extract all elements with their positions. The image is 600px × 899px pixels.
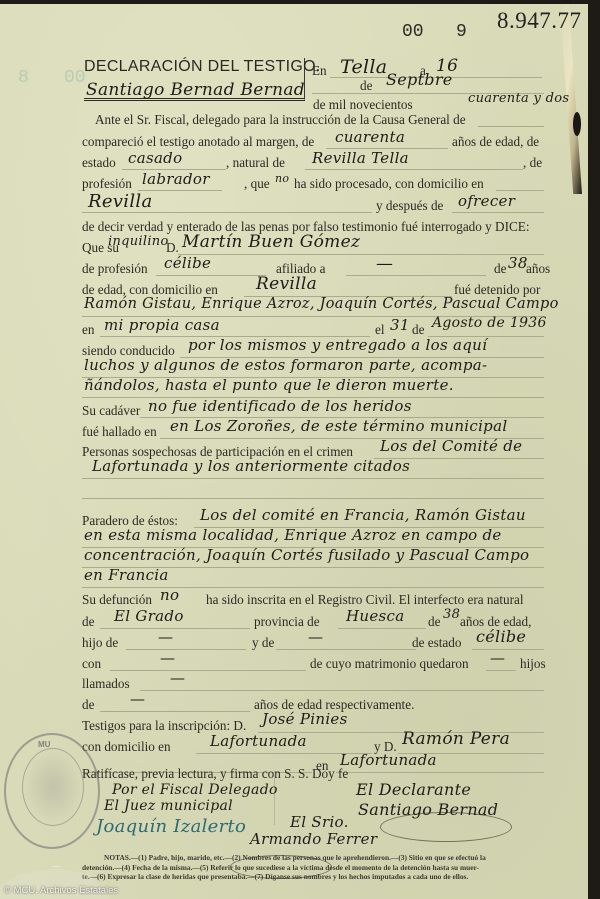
con-value: — xyxy=(160,649,175,667)
en-label: en xyxy=(82,322,94,338)
ghost-number-left: 8 xyxy=(18,68,29,88)
que-value: no xyxy=(275,172,289,185)
testigo-1: José Pinies xyxy=(262,710,348,728)
ratificacion-text: Ratifícase, previa lectura, y firma con … xyxy=(82,766,348,782)
victim-profesion-label: de profesión xyxy=(82,261,148,277)
provincia-value: Huesca xyxy=(346,607,404,625)
despues-value: ofrecer xyxy=(458,192,515,210)
witness-age: cuarenta xyxy=(335,128,405,146)
testigo-domicilio-1: Lafortunada xyxy=(210,732,307,750)
paradero-value-3: concentración, Joaquín Cortés fusilado y… xyxy=(84,546,529,564)
natural-value: Revilla Tella xyxy=(312,149,409,167)
natural-post: , de xyxy=(523,155,542,171)
signature-juez-title: El Juez municipal xyxy=(104,798,233,814)
llamados-value: — xyxy=(170,669,185,687)
hijos-label: hijos xyxy=(520,656,546,672)
profesion-value: labrador xyxy=(142,170,210,188)
signature-flourish xyxy=(380,812,512,842)
archive-number: 8.947.77 xyxy=(497,8,582,34)
defuncion-label: Su defunción xyxy=(82,592,152,608)
serial-right: 9 xyxy=(456,22,467,42)
hallado-value: en Los Zoroñes, de este término municipa… xyxy=(170,417,507,435)
fecha-dia: 31 xyxy=(390,316,410,334)
paradero-value-1: Los del comité en Francia, Ramón Gistau xyxy=(200,506,526,524)
sospechosos-value-2: Lafortunada y los anteriormente citados xyxy=(92,457,410,475)
fecha-value: Agosto de 1936 xyxy=(432,315,547,331)
de-label: de xyxy=(82,614,94,630)
victim-profesion-value: célibe xyxy=(164,254,211,272)
year-label: de mil novecientos xyxy=(313,97,413,113)
year-value: cuarenta y dos xyxy=(468,91,569,106)
witness-name: Santiago Bernad Bernad xyxy=(86,80,305,100)
seal-text: MU xyxy=(38,740,50,749)
conducido-value-1: por los mismos y entregado a los aquí xyxy=(188,336,487,354)
de2-value: — xyxy=(130,690,145,708)
victim-edad-value: 38 xyxy=(508,254,528,272)
hijo-label: hijo de xyxy=(82,635,118,651)
signature-fiscal: Por el Fiscal Delegado xyxy=(112,782,278,798)
profesion-label: profesión xyxy=(82,176,132,192)
y-de-label: y de xyxy=(252,635,274,651)
testigo-2: Ramón Pera xyxy=(402,729,510,749)
natural-label: , natural de xyxy=(226,155,285,171)
sospechosos-value-1: Los del Comité de xyxy=(380,437,522,455)
notes-line-3: te.—(6) Expresar la clase de heridas que… xyxy=(82,872,542,882)
despues-label: y después de xyxy=(376,198,443,214)
relation-value: inquilino xyxy=(108,234,169,249)
place-value: Tella xyxy=(340,56,387,78)
intro-compareció: compareció el testigo anotado al margen,… xyxy=(82,134,314,150)
hallado-label: fué hallado en xyxy=(82,424,157,440)
watermark-text: © MCU. Archivos Estatales xyxy=(4,885,118,896)
conducido-value-2: luchos y algunos de estos formaron parte… xyxy=(84,356,487,374)
paradero-value-4: en Francia xyxy=(84,566,169,584)
estado-label-victim: de estado xyxy=(412,635,461,651)
ink-blot xyxy=(573,112,581,136)
paradero-value-2: en esta misma localidad, Enrique Azroz e… xyxy=(84,526,502,544)
de2-label: de xyxy=(82,697,94,713)
seal-emblem xyxy=(22,748,84,826)
intro-años: años de edad, de xyxy=(452,134,539,150)
detenido-by: Ramón Gistau, Enrique Azroz, Joaquín Cor… xyxy=(84,296,559,312)
victim-name: Martín Buen Gómez xyxy=(182,232,360,252)
matrimonio-label: de cuyo matrimonio quedaron xyxy=(310,656,469,672)
domicilio-value: Revilla xyxy=(88,191,152,212)
victim-domicilio-value: Revilla xyxy=(256,274,317,294)
lugar-value: mi propia casa xyxy=(104,316,220,334)
cadaver-label: Su cadáver xyxy=(82,403,140,419)
conducido-value-3: ñándolos, hasta el punto que le dieron m… xyxy=(84,376,454,394)
signature-secretario-title: El Srio. xyxy=(290,813,349,831)
notes-line-1: NOTAS.—(1) Padre, hijo, marido, etc.—(2)… xyxy=(82,853,542,863)
afiliado-value: — xyxy=(376,254,393,274)
llamados-label: llamados xyxy=(82,676,130,692)
notes-block: NOTAS.—(1) Padre, hijo, marido, etc.—(2)… xyxy=(82,853,542,882)
signature-secretario-name: Armando Ferrer xyxy=(250,830,377,848)
notes-line-2: detención.—(4) Fecha de la misma.—(5) Re… xyxy=(82,863,542,873)
victim-edad-post: años xyxy=(526,261,550,277)
hijo-value: — xyxy=(158,628,173,646)
place-label: En xyxy=(312,63,327,79)
signature-declarante-title: El Declarante xyxy=(356,780,471,799)
defuncion-text: ha sido inscrita en el Registro Civil. E… xyxy=(206,592,524,608)
month-value: Septbre xyxy=(386,70,453,89)
victim-edad-pre: de xyxy=(494,261,506,277)
ghost-number-right: 00 xyxy=(64,68,86,88)
procesado-text: ha sido procesado, con domicilio en xyxy=(294,176,484,192)
month-label: de xyxy=(360,78,372,94)
y-de-value: — xyxy=(308,628,323,646)
serial-left: 00 xyxy=(402,22,424,42)
con-label: con xyxy=(82,656,101,672)
estado-value: casado xyxy=(128,149,182,167)
signature-juez-name: Joaquín Izalerto xyxy=(96,816,246,837)
estado-label: estado xyxy=(82,155,116,171)
hijos-value: — xyxy=(490,649,505,667)
defuncion-value: no xyxy=(160,586,179,604)
cadaver-value: no fue identificado de los heridos xyxy=(148,397,412,415)
natural-value-victim: El Grado xyxy=(114,607,184,625)
que-label: , que xyxy=(244,176,270,192)
intro-line-1: Ante el Sr. Fiscal, delegado para la ins… xyxy=(95,112,466,128)
estado-value-victim: célibe xyxy=(476,627,526,646)
page-title: DECLARACIÓN DEL TESTIGO. xyxy=(84,58,321,76)
testigo-domicilio-2: Lafortunada xyxy=(340,751,437,769)
testigos-domicilio-label: con domicilio en xyxy=(82,739,171,755)
registro-edad-pre: de xyxy=(428,614,440,630)
registro-edad-value: 38 xyxy=(443,607,460,622)
